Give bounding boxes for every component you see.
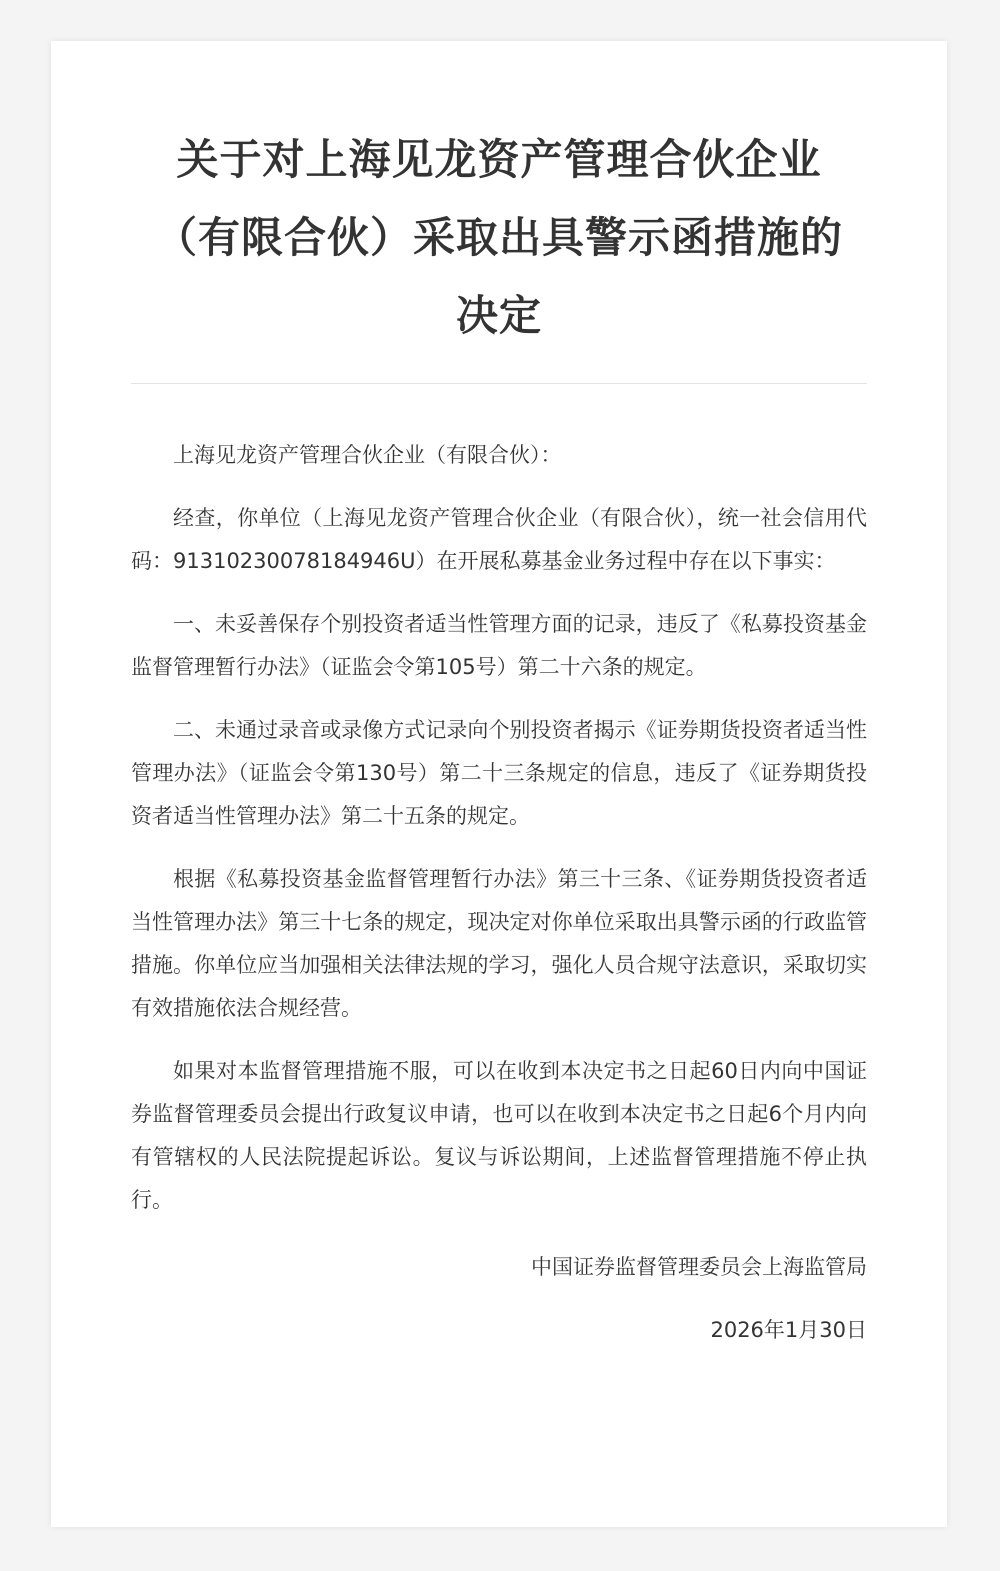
paragraph-violation-1: 一、未妥善保存个别投资者适当性管理方面的记录，违反了《私募投资基金监督管理暂行办… — [131, 603, 867, 689]
title-line-1: 关于对上海见龙资产管理合伙企业 — [131, 121, 867, 199]
paragraph-findings: 经查，你单位（上海见龙资产管理合伙企业（有限合伙），统一社会信用代码：91310… — [131, 497, 867, 583]
paragraph-decision: 根据《私募投资基金监督管理暂行办法》第三十三条、《证券期货投资者适当性管理办法》… — [131, 858, 867, 1030]
issue-date: 2026年1月30日 — [131, 1309, 867, 1352]
title-line-3: 决定 — [131, 277, 867, 355]
issuing-authority: 中国证券监督管理委员会上海监管局 — [131, 1246, 867, 1289]
paragraph-appeal: 如果对本监督管理措施不服，可以在收到本决定书之日起60日内向中国证券监督管理委员… — [131, 1050, 867, 1222]
salutation: 上海见龙资产管理合伙企业（有限合伙）： — [131, 434, 867, 477]
title-line-2: （有限合伙）采取出具警示函措施的 — [131, 199, 867, 277]
document-body: 上海见龙资产管理合伙企业（有限合伙）： 经查，你单位（上海见龙资产管理合伙企业（… — [131, 434, 867, 1222]
document-title: 关于对上海见龙资产管理合伙企业 （有限合伙）采取出具警示函措施的 决定 — [131, 121, 867, 355]
title-divider — [131, 383, 867, 384]
paragraph-violation-2: 二、未通过录音或录像方式记录向个别投资者揭示《证券期货投资者适当性管理办法》（证… — [131, 709, 867, 838]
document-card: 关于对上海见龙资产管理合伙企业 （有限合伙）采取出具警示函措施的 决定 上海见龙… — [51, 41, 947, 1527]
